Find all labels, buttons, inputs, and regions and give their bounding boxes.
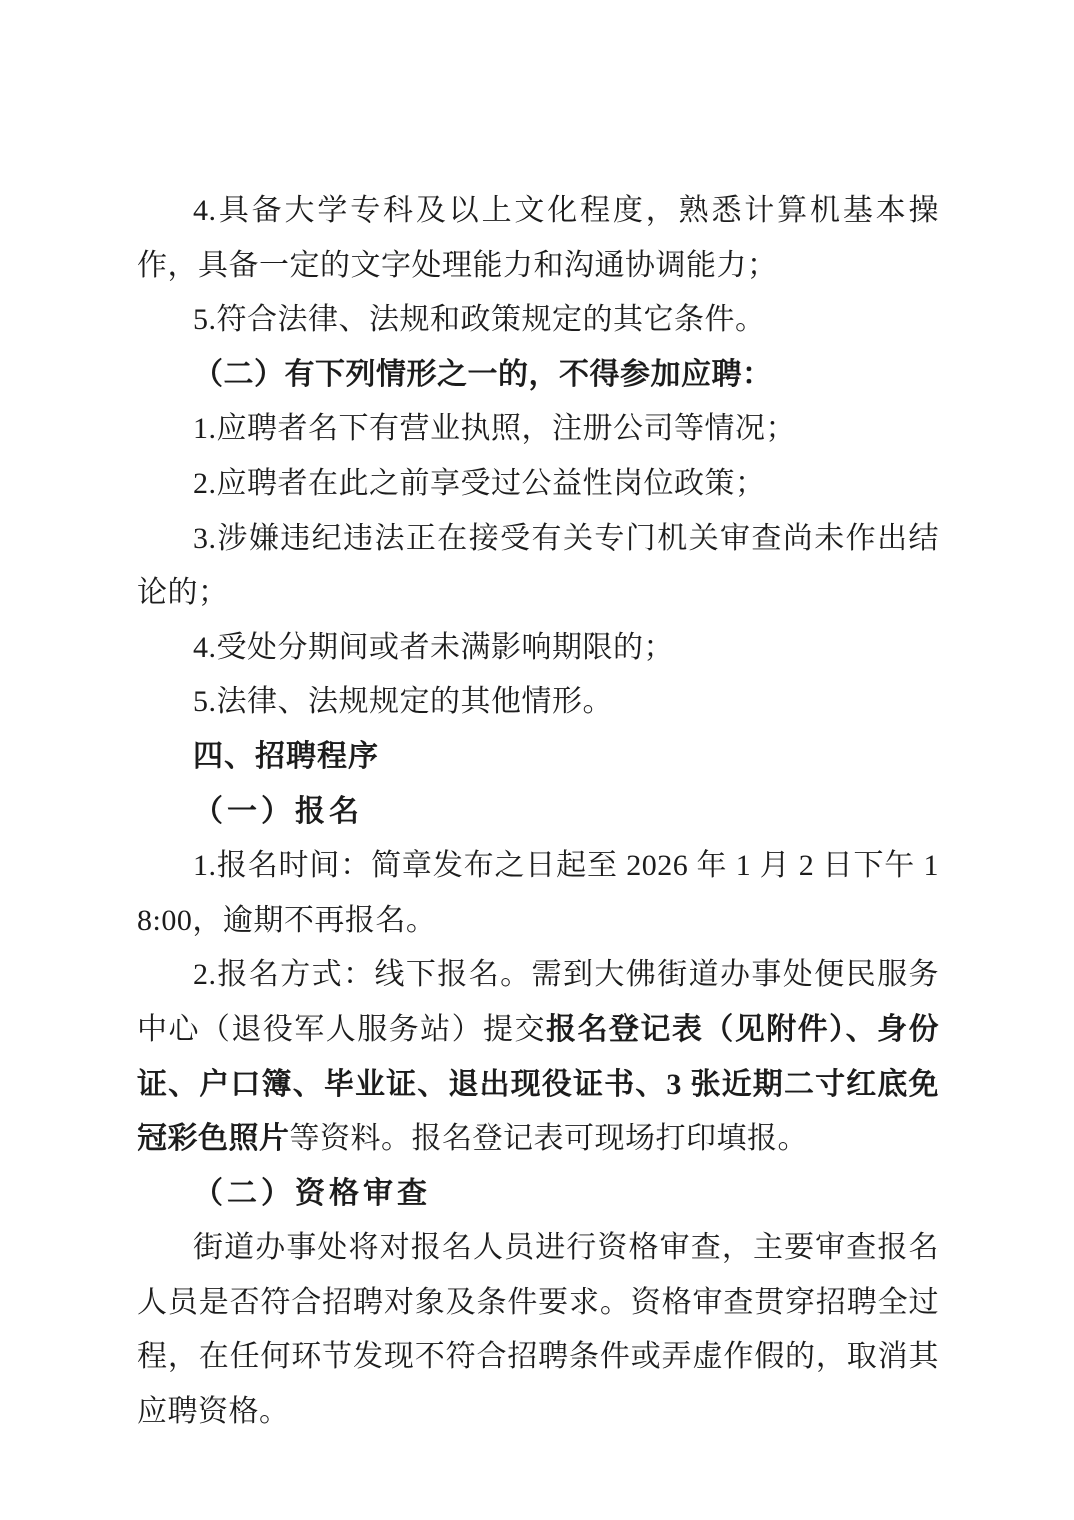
paragraph-3: （二）有下列情形之一的，不得参加应聘： xyxy=(137,348,939,403)
text-run: 5.法律、法规规定的其他情形。 xyxy=(193,685,613,718)
text-run: 1.报名时间：简章发布之日起至 2026 年 1 月 2 日下午 18:00，逾… xyxy=(137,849,939,937)
paragraph-12: 2.报名方式：线下报名。需到大佛街道办事处便民服务中心（退役军人服务站）提交报名… xyxy=(137,948,939,1166)
paragraph-4: 1.应聘者名下有营业执照，注册公司等情况； xyxy=(137,402,939,457)
paragraph-13: （二）资格审查 xyxy=(137,1167,939,1222)
text-run: 2.应聘者在此之前享受过公益性岗位政策； xyxy=(193,467,766,500)
text-run: 5.符合法律、法规和政策规定的其它条件。 xyxy=(193,303,766,336)
document-body: 4.具备大学专科及以上文化程度，熟悉计算机基本操作，具备一定的文字处理能力和沟通… xyxy=(137,184,939,1440)
paragraph-8: 5.法律、法规规定的其他情形。 xyxy=(137,675,939,730)
bold-text-run: 四、招聘程序 xyxy=(193,740,379,773)
paragraph-5: 2.应聘者在此之前享受过公益性岗位政策； xyxy=(137,457,939,512)
text-run: 1.应聘者名下有营业执照，注册公司等情况； xyxy=(193,412,796,445)
document-page: 4.具备大学专科及以上文化程度，熟悉计算机基本操作，具备一定的文字处理能力和沟通… xyxy=(0,0,1074,1520)
paragraph-2: 5.符合法律、法规和政策规定的其它条件。 xyxy=(137,293,939,348)
text-run: 街道办事处将对报名人员进行资格审查，主要审查报名人员是否符合招聘对象及条件要求。… xyxy=(137,1231,939,1428)
bold-text-run: （二）有下列情形之一的，不得参加应聘： xyxy=(193,358,773,391)
paragraph-14: 街道办事处将对报名人员进行资格审查，主要审查报名人员是否符合招聘对象及条件要求。… xyxy=(137,1221,939,1439)
paragraph-11: 1.报名时间：简章发布之日起至 2026 年 1 月 2 日下午 18:00，逾… xyxy=(137,839,939,948)
text-run: 4.具备大学专科及以上文化程度，熟悉计算机基本操作，具备一定的文字处理能力和沟通… xyxy=(137,194,939,282)
paragraph-7: 4.受处分期间或者未满影响期限的； xyxy=(137,621,939,676)
paragraph-1: 4.具备大学专科及以上文化程度，熟悉计算机基本操作，具备一定的文字处理能力和沟通… xyxy=(137,184,939,293)
paragraph-6: 3.涉嫌违纪违法正在接受有关专门机关审查尚未作出结论的； xyxy=(137,512,939,621)
text-run: 等资料。报名登记表可现场打印填报。 xyxy=(290,1122,809,1155)
bold-text-run: （一）报名 xyxy=(193,795,363,828)
bold-text-run: （二）资格审查 xyxy=(193,1177,431,1210)
text-run: 3.涉嫌违纪违法正在接受有关专门机关审查尚未作出结论的； xyxy=(137,522,939,610)
paragraph-9: 四、招聘程序 xyxy=(137,730,939,785)
text-run: 4.受处分期间或者未满影响期限的； xyxy=(193,631,674,664)
paragraph-10: （一）报名 xyxy=(137,785,939,840)
